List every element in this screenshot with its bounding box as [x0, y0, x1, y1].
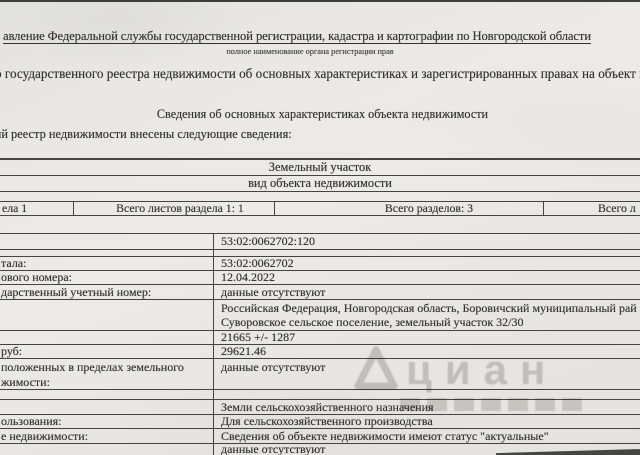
record-status-value: Сведения об объекте недвижимости имеют с… [213, 429, 640, 443]
row-label [0, 444, 213, 455]
area-label [0, 331, 213, 344]
table-row: ового номера: 12.04.2022 [0, 270, 640, 284]
table-row: положенных в пределах земельного жимости… [0, 358, 640, 389]
address-label [0, 300, 213, 330]
objects-within-label: положенных в пределах земельного жимости… [0, 359, 213, 389]
object-type-value: Земельный участок [0, 160, 640, 175]
address-line-1: Российская Федерация, Новгородская облас… [221, 301, 640, 315]
objects-within-label-line-1: положенных в пределах земельного [1, 360, 213, 375]
characteristics-table: 53:02:0062702:120 тала: 53:02:0062702 ов… [0, 233, 640, 455]
quarter-value: 53:02:0062702 [213, 257, 640, 270]
quarter-label: тала: [0, 257, 213, 270]
table-row: ользования: Для сельскохозяйственного пр… [0, 414, 640, 428]
intro-line: ый реестр недвижимости внесены следующие… [0, 127, 292, 142]
objects-within-label-line-2: жимости: [1, 375, 213, 389]
assignment-date-value: 12.04.2022 [213, 271, 640, 284]
permitted-use-label: ользования: [0, 415, 213, 428]
egrn-extract-photo: авление Федеральной службы государственн… [0, 0, 640, 455]
previous-number-value: данные отсутствуют [213, 285, 640, 299]
table-row: е недвижимости: Сведения об объекте недв… [0, 428, 640, 443]
assignment-date-label: ового номера: [0, 271, 213, 284]
section-title: Сведения об основных характеристиках объ… [0, 107, 640, 122]
document-title-line: о государственного реестра недвижимости … [0, 66, 640, 82]
row-label [0, 234, 213, 249]
table-row-spacer [0, 389, 640, 399]
table-row: Российская Федерация, Новгородская облас… [0, 299, 640, 330]
table-row: Земли сельскохозяйственного назначения [0, 399, 640, 414]
objects-within-value-text: данные отсутствуют [221, 360, 640, 374]
table-row: тала: 53:02:0062702 [0, 256, 640, 270]
land-category-value: Земли сельскохозяйственного назначения [213, 400, 640, 414]
table-row: руб: 29621.46 [0, 344, 640, 358]
area-value: 21665 +/- 1287 [213, 331, 640, 344]
cadastral-number-value: 53:02:0062702:120 [213, 234, 640, 249]
registration-authority-line: авление Федеральной службы государственн… [3, 29, 591, 44]
table-row: 53:02:0062702:120 [0, 233, 640, 249]
permitted-use-value: Для сельскохозяйственного производства [213, 415, 640, 428]
objects-within-value: данные отсутствуют [213, 359, 640, 389]
table-row: дарственный учетный номер: данные отсутс… [0, 284, 640, 299]
cadastral-cost-label: руб: [0, 345, 213, 358]
photo-edge-top [0, 0, 640, 2]
land-category-label [0, 400, 213, 414]
row-label [0, 250, 213, 256]
sheet-cell-section: ела 1 [0, 202, 73, 215]
row-label [0, 390, 213, 399]
object-type-table: Земельный участок вид объекта недвижимос… [0, 158, 640, 192]
sheet-cell-total-sections: Всего разделов: 3 [274, 202, 543, 215]
previous-number-label: дарственный учетный номер: [0, 285, 213, 299]
table-row-spacer [0, 249, 640, 256]
address-line-2: Суворовское сельское поселение, земельны… [221, 315, 640, 329]
table-row: 21665 +/- 1287 [0, 330, 640, 344]
row-value [213, 250, 640, 256]
record-status-label: е недвижимости: [0, 429, 213, 443]
object-type-caption: вид объекта недвижимости [0, 175, 640, 191]
cadastral-cost-value: 29621.46 [213, 345, 640, 358]
row-value [213, 390, 640, 399]
address-value: Российская Федерация, Новгородская облас… [213, 300, 640, 330]
sheet-cell-total-sheets: Всего л [543, 202, 640, 215]
sheet-cell-total-sheets-section: Всего листов раздела 1: 1 [73, 202, 274, 215]
authority-caption: полное наименование органа регистрации п… [100, 47, 520, 56]
sheets-row: ела 1 Всего листов раздела 1: 1 Всего ра… [0, 201, 640, 216]
